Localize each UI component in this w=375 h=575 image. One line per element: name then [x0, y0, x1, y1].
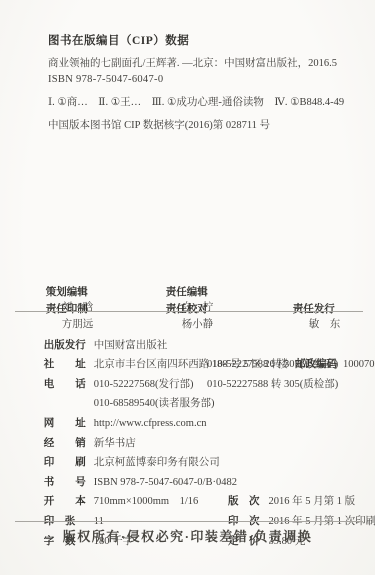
- copyright-slogan: 版权所有·侵权必究·印装差错·负责调换: [0, 526, 375, 545]
- phone-row-1: 电 话010-52227568(发行部) 010-52227588 转 307(…: [28, 355, 371, 375]
- printer-row: 印 刷北京柯蓝博泰印务有限公司: [28, 434, 371, 454]
- divider-top: [15, 311, 363, 312]
- copyright-page: 图书在版编目（CIP）数据 商业领袖的七副面孔/王辉著. —北京：中国财富出版社…: [0, 0, 375, 575]
- publisher-row: 出版发行中国财富出版社: [28, 316, 371, 336]
- phone-row-2: 010-68589540(读者服务部) 010-52227588 转 305(质…: [28, 375, 371, 395]
- staff-credits-block: 策划编辑 刘 晗 责任编辑 白 柠 责任印制 方朋远 责任校对 杨小静 责任发行…: [30, 273, 367, 309]
- book-number-row: 书 号ISBN 978-7-5047-6047-0/B·0482: [28, 453, 371, 473]
- format-edition-row: 开 本710mm×1000mm 1/16 版 次2016 年 5 月第 1 版: [28, 473, 371, 493]
- divider-bottom: [15, 521, 363, 522]
- cip-title: 图书在版编目（CIP）数据: [48, 34, 365, 49]
- address-row: 社 址北京市丰台区南四环西路 188 号 5 区 20 楼邮政编码100070: [28, 336, 371, 356]
- sheets-impression-row: 印 张11 印 次2016 年 5 月第 1 次印刷: [28, 492, 371, 512]
- cip-entry: 商业领袖的七副面孔/王辉著. —北京：中国财富出版社，2016.5: [48, 56, 365, 71]
- cip-isbn: ISBN 978-7-5047-6047-0: [48, 72, 365, 87]
- phone-quality-inspection: 010-52227588 转 305(质检部): [207, 375, 338, 395]
- cip-record-number: 中国版本图书馆 CIP 数据核字(2016)第 028711 号: [48, 118, 365, 133]
- distribution-manager-label: 责任发行: [293, 304, 335, 315]
- sales-row: 经 销新华书店: [28, 414, 371, 434]
- print-supervisor-label: 责任印制: [46, 304, 88, 315]
- cip-classification: Ⅰ. ①商… Ⅱ. ①王… Ⅲ. ①成功心理-通俗读物 Ⅳ. ①B848.4-4…: [48, 95, 365, 110]
- proofreader-label: 责任校对: [166, 304, 208, 315]
- website-row: 网 址http://www.cfpress.com.cn: [28, 394, 371, 414]
- cip-block: 图书在版编目（CIP）数据 商业领袖的七副面孔/王辉著. —北京：中国财富出版社…: [48, 34, 365, 133]
- phone-editorial: 010-52227588 转 307(总编室): [207, 355, 338, 375]
- publication-info-block: 出版发行中国财富出版社 社 址北京市丰台区南四环西路 188 号 5 区 20 …: [28, 316, 371, 532]
